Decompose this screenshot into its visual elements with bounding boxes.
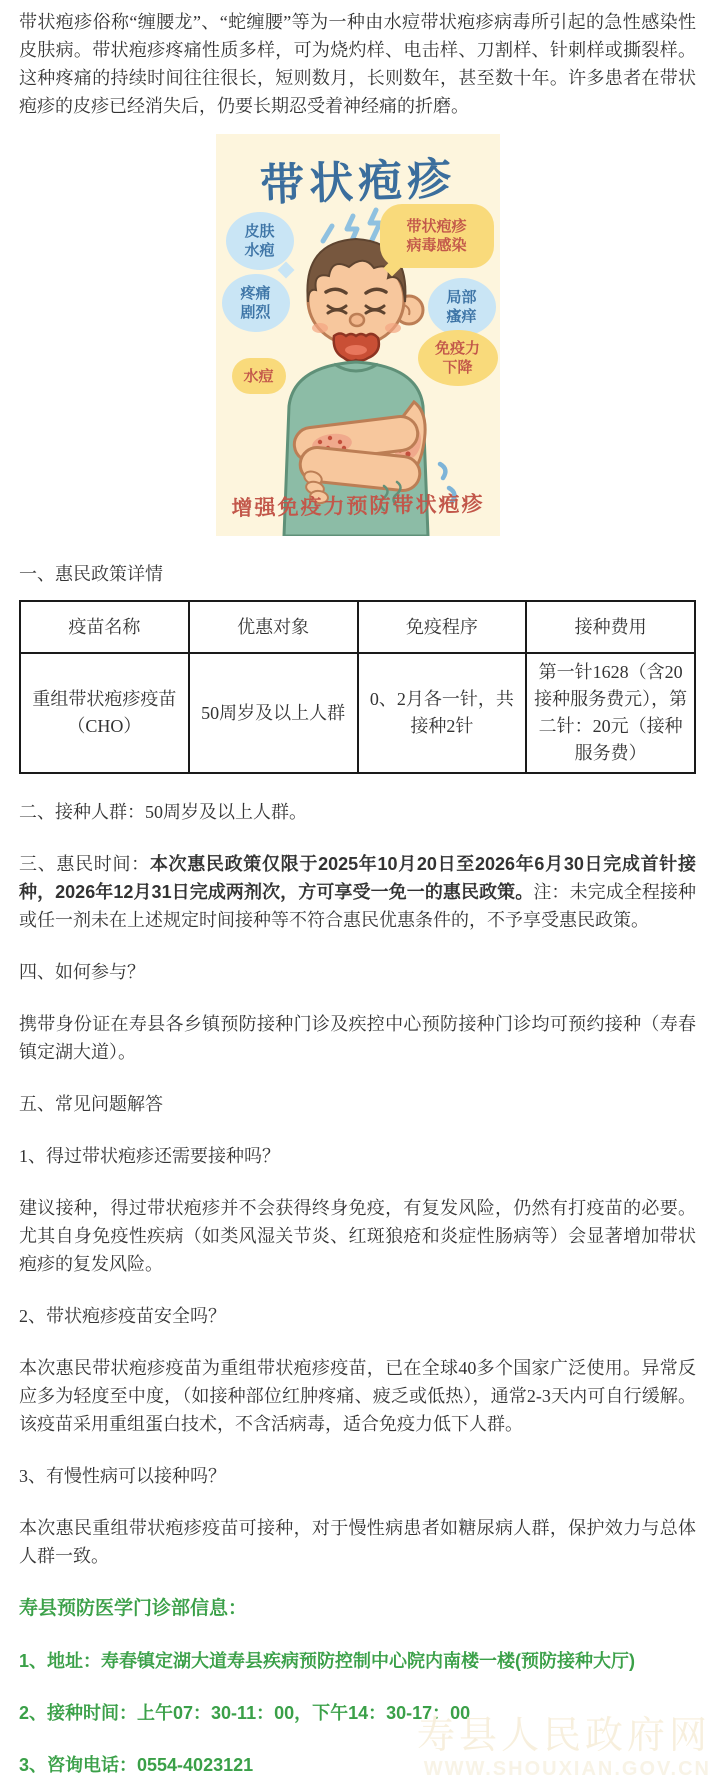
clinic-hours: 2、接种时间：上午07：30-11：00，下午14：30-17：00	[19, 1699, 696, 1727]
illustration-caption: 增强免疫力预防带状疱疹	[216, 488, 500, 523]
bubble-virus-infection: 带状疱疹 病毒感染	[380, 204, 494, 268]
cell-fee: 第一针1628（含20接种服务费元），第二针：20元（接种服务费）	[526, 653, 695, 773]
faq-question-3: 3、有慢性病可以接种吗？	[19, 1462, 696, 1490]
clinic-phone: 3、咨询电话：0554-4023121	[19, 1751, 696, 1779]
table-header-schedule: 免疫程序	[358, 601, 527, 653]
cell-vaccine-name: 重组带状疱疹疫苗（CHO）	[20, 653, 189, 773]
benefit-policy-table: 疫苗名称 优惠对象 免疫程序 接种费用 重组带状疱疹疫苗（CHO） 50周岁及以…	[19, 600, 696, 774]
section-4-body: 携带身份证在寿县各乡镇预防接种门诊及疾控中心预防接种门诊均可预约接种（寿春镇定湖…	[19, 1010, 696, 1066]
intro-paragraph: 带状疱疹俗称“缠腰龙”、“蛇缠腰”等为一种由水痘带状疱疹病毒所引起的急性感染性皮…	[19, 8, 696, 120]
bubble-severe-pain: 疼痛 剧烈	[222, 274, 290, 332]
table-header-target-group: 优惠对象	[189, 601, 358, 653]
section-3-label: 三、惠民时间：	[19, 854, 150, 874]
article-content: 带状疱疹俗称“缠腰龙”、“蛇缠腰”等为一种由水痘带状疱疹病毒所引起的急性感染性皮…	[0, 0, 715, 1779]
faq-answer-2: 本次惠民带状疱疹疫苗为重组带状疱疹疫苗，已在全球40多个国家广泛使用。异常反应多…	[19, 1354, 696, 1438]
bubble-skin-blisters: 皮肤 水疱	[226, 212, 294, 270]
section-3-text: 三、惠民时间：本次惠民政策仅限于2025年10月20日至2026年6月30日完成…	[19, 850, 696, 934]
faq-question-2: 2、带状疱疹疫苗安全吗？	[19, 1302, 696, 1330]
bubble-local-itch: 局部 瘙痒	[428, 278, 496, 336]
section-2-text: 二、接种人群：50周岁及以上人群。	[19, 798, 696, 826]
bubble-low-immunity: 免疫力 下降	[418, 330, 498, 386]
section-5-title: 五、常见问题解答	[19, 1090, 696, 1118]
faq-answer-3: 本次惠民重组带状疱疹疫苗可接种，对于慢性病患者如糖尿病人群，保护效力与总体人群一…	[19, 1514, 696, 1570]
cell-schedule: 0、2月各一针，共接种2针	[358, 653, 527, 773]
table-header-row: 疫苗名称 优惠对象 免疫程序 接种费用	[20, 601, 695, 653]
clinic-info-title: 寿县预防医学门诊部信息：	[19, 1594, 696, 1623]
clinic-address: 1、地址：寿春镇定湖大道寿县疾病预防控制中心院内南楼一楼(预防接种大厅)	[19, 1647, 696, 1675]
table-row: 重组带状疱疹疫苗（CHO） 50周岁及以上人群 0、2月各一针，共接种2针 第一…	[20, 653, 695, 773]
faq-question-1: 1、得过带状疱疹还需要接种吗？	[19, 1142, 696, 1170]
faq-answer-1: 建议接种，得过带状疱疹并不会获得终身免疫，有复发风险，仍然有打疫苗的必要。尤其自…	[19, 1194, 696, 1278]
section-4-title: 四、如何参与？	[19, 958, 696, 986]
table-header-vaccine-name: 疫苗名称	[20, 601, 189, 653]
shingles-illustration: 带状疱疹 皮肤 水疱 带状疱疹 病毒感染 疼痛 剧烈 局部 瘙痒 水痘 免疫力 …	[216, 134, 500, 536]
section-1-title: 一、惠民政策详情	[19, 560, 696, 588]
table-header-fee: 接种费用	[526, 601, 695, 653]
bubble-chickenpox: 水痘	[232, 358, 286, 394]
article-page: 带状疱疹俗称“缠腰龙”、“蛇缠腰”等为一种由水痘带状疱疹病毒所引起的急性感染性皮…	[0, 0, 715, 1791]
cell-target-group: 50周岁及以上人群	[189, 653, 358, 773]
